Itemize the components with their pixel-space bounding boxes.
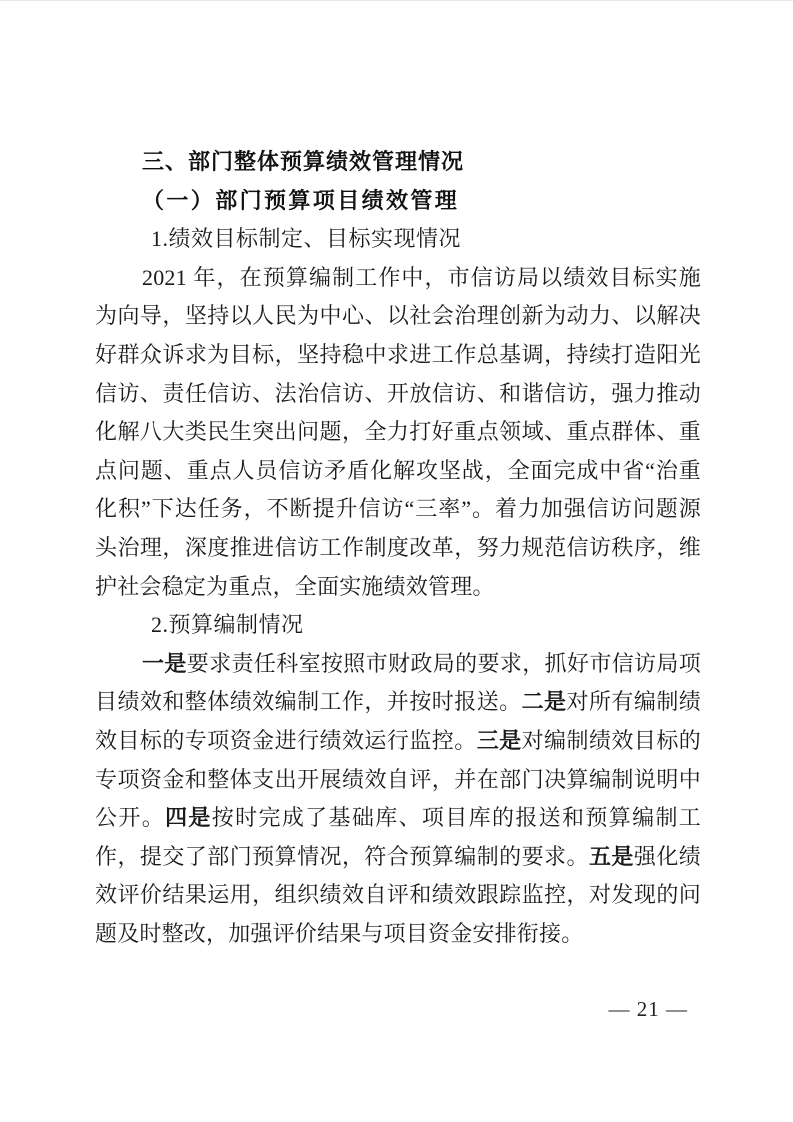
run-bold: 三是 — [477, 728, 522, 753]
run-bold: 一是 — [142, 651, 187, 676]
page-top-edge — [0, 0, 793, 1]
run-bold: 四是 — [165, 805, 212, 830]
document-page: { "page": { "background": "#ffffff", "te… — [0, 0, 793, 1122]
paragraph-budget-preparation: 一是要求责任科室按照市财政局的要求，抓好市信访局项目绩效和整体绩效编制工作，并按… — [95, 645, 701, 954]
run-bold: 五是 — [589, 844, 634, 869]
page-number: — 21 — — [609, 997, 689, 1021]
run-bold: 二是 — [522, 689, 567, 714]
content-area: 三、部门整体预算绩效管理情况 （一）部门预算项目绩效管理 1.绩效目标制定、目标… — [95, 143, 701, 953]
subsection-heading: （一）部门预算项目绩效管理 — [95, 182, 701, 221]
run-regular: 2021 年，在预算编制工作中，市信访局以绩效目标实施为向导，坚持以人民为中心、… — [95, 265, 701, 599]
section-heading: 三、部门整体预算绩效管理情况 — [95, 143, 701, 182]
item-heading-performance-targets: 1.绩效目标制定、目标实现情况 — [95, 220, 701, 259]
item-heading-budget-preparation: 2.预算编制情况 — [95, 606, 701, 645]
paragraph-performance-targets: 2021 年，在预算编制工作中，市信访局以绩效目标实施为向导，坚持以人民为中心、… — [95, 259, 701, 606]
